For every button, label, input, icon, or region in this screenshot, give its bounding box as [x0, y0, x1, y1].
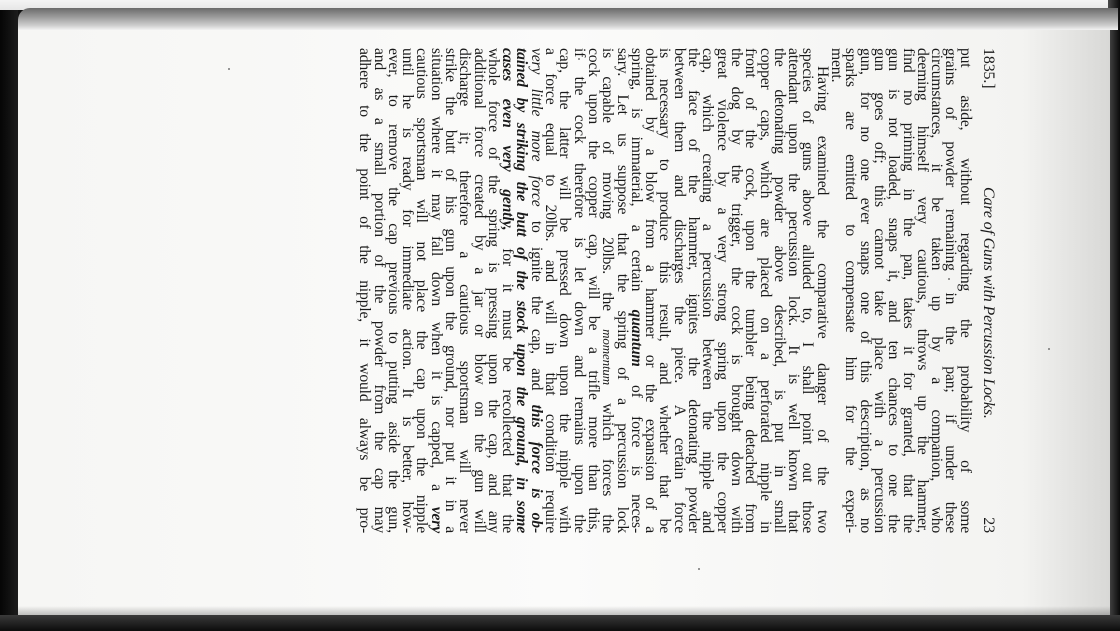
emphasis-momentum: momentum [600, 329, 615, 385]
text-line: adhere to the point of the nipple, it wo… [357, 48, 371, 533]
text-line: the detonating powder above described, i… [772, 48, 786, 533]
text-line: deeming himself very cautious, throws up… [915, 48, 929, 533]
text-line: species of guns above alluded to, I shal… [800, 48, 814, 533]
emphasis-run: this force is ob- [528, 405, 545, 533]
paper-speck [1048, 348, 1050, 350]
text-line: cases even very gently, for it must be r… [500, 48, 514, 533]
text-line: ment. [829, 48, 843, 533]
text-line-italic: tained by striking the butt of the stock… [514, 48, 528, 533]
text-line: obtained by a blow from a hammer or the … [643, 48, 657, 533]
text-line: ever, to remove the cap previous to putt… [386, 48, 400, 533]
text-line: gun, for no one ever snaps one of this d… [857, 48, 871, 533]
text-line: cap, the latter will be pressed down upo… [557, 48, 571, 533]
emphasis-run: very little more force [528, 48, 545, 207]
text-line: cock upon the copper cap, will be a trif… [586, 48, 600, 533]
text-line: attendant upon the percussion lock. It i… [786, 48, 800, 533]
paper-speck [698, 568, 700, 570]
scan-left-border [0, 0, 18, 631]
text-line: whole force of the spring is pressing up… [486, 48, 500, 533]
emphasis-run: very [428, 507, 445, 533]
rotated-text-block: 1835.] Care of Guns with Percussion Lock… [135, 48, 995, 548]
text-line: if the cock therefore is let down and re… [571, 48, 585, 533]
text-line: the dog by the trigger, the cock is brou… [729, 48, 743, 533]
text-line: between them and discharges the piece. A… [671, 48, 685, 533]
text-line: sary. Let us suppose that the spring of … [614, 48, 628, 533]
text-line: a force equal to 20lbs. and will in that… [543, 48, 557, 533]
paragraph-start-line: Having examined the comparative danger o… [814, 48, 828, 533]
text-line: sparks are emitted to compensate him for… [843, 48, 857, 533]
running-head-title: Care of Guns with Percussion Locks. [981, 187, 995, 419]
page-curl-shadow [18, 8, 1118, 30]
text-line: very little more force to ignite the cap… [529, 48, 543, 533]
text-line: spring, is immaterial, a certain quantum… [629, 48, 643, 533]
text-line: cautious sportsman will not place the ca… [414, 48, 428, 533]
text-run: situation where it may fall down when it… [428, 48, 445, 507]
text-line: put aside, without regarding the probabi… [957, 48, 971, 533]
text-line: situation where it may fall down when it… [428, 48, 442, 533]
text-line: gun goes off; this cannot take place wit… [872, 48, 886, 533]
text-line: front of the cock, upon the tumbler bein… [743, 48, 757, 533]
text-run: to ignite the cap, and [528, 207, 545, 405]
running-head: 1835.] Care of Guns with Percussion Lock… [981, 48, 995, 533]
text-line: gun is not loaded, snaps it, and ten cha… [886, 48, 900, 533]
text-line: copper caps, which are placed on a perfo… [757, 48, 771, 533]
text-line: is capable of moving 20lbs. the momentum… [600, 48, 614, 533]
text-line: circumstances, it be taken up by a compa… [929, 48, 943, 533]
text-line: cap, which creating a percussion between… [700, 48, 714, 533]
text-line: and as a small portion of the powder fro… [371, 48, 385, 533]
text-line: grains of powder remaining in the pan; i… [943, 48, 957, 533]
text-line: great violence by a very strong spring u… [714, 48, 728, 533]
text-line: is necessary to produce this result, and… [657, 48, 671, 533]
running-head-year: 1835.] [981, 48, 995, 88]
text-line: until he is ready for immediate action. … [400, 48, 414, 533]
scan-bottom-border [0, 615, 1120, 631]
text-line: discharge it; therefore a cautious sport… [457, 48, 471, 533]
text-line: strike the butt of his gun upon the grou… [443, 48, 457, 533]
text-line: the face of the hammer, ignites the deto… [686, 48, 700, 533]
page-number: 23 [981, 517, 995, 533]
text-line: additional force created by a jar or blo… [471, 48, 485, 533]
text-line: find no priming in the pan, takes it for… [900, 48, 914, 533]
